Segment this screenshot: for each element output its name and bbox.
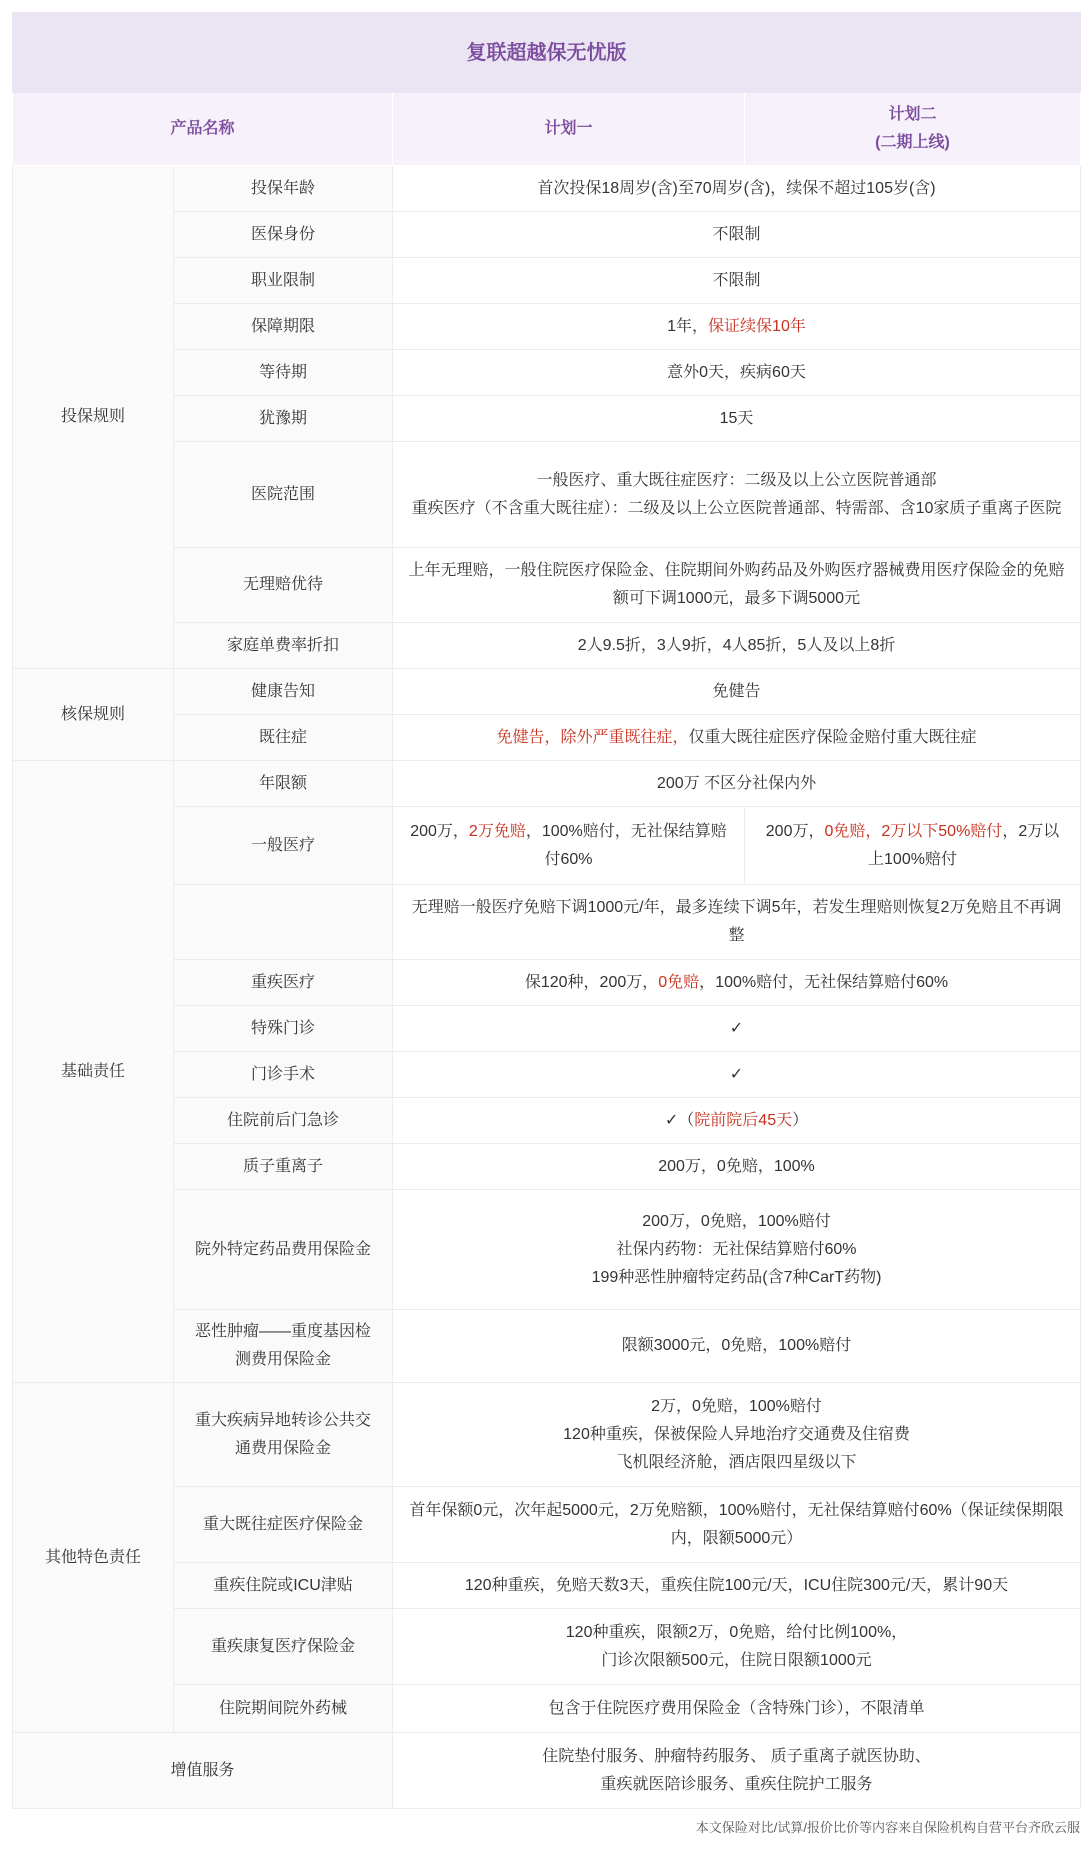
value-text: 上年无理赔，一般住院医疗保险金、住院期间外购药品及外购医疗器械费用医疗保险金的免… — [408, 562, 1064, 607]
table-row: 家庭单费率折扣 2人9.5折，3人9折，4人85折，5人及以上8折 — [13, 623, 1081, 669]
value-line: 120种重疾，限额2万，0免赔，给付比例100%， — [407, 1619, 1066, 1647]
table-row: 重疾医疗 保120种，200万，0免赔，100%赔付，无社保结算赔付60% — [13, 960, 1081, 1006]
row-value-cell: 200万 不区分社保内外 — [393, 761, 1081, 807]
row-label-cell: 住院前后门急诊 — [174, 1098, 393, 1144]
value-text: 意外0天，疾病60天 — [667, 364, 806, 381]
table-row: 一般医疗 200万，2万免赔，100%赔付，无社保结算赔付60% 200万，0免… — [13, 807, 1081, 885]
row-label: 医保身份 — [251, 226, 315, 243]
row-label: 重大既往症医疗保险金 — [203, 1516, 363, 1533]
row-label-cell: 职业限制 — [174, 258, 393, 304]
header-product-name: 产品名称 — [13, 93, 393, 166]
row-value-cell: 2人9.5折，3人9折，4人85折，5人及以上8折 — [393, 623, 1081, 669]
table-row: 重大既往症医疗保险金 首年保额0元，次年起5000元，2万免赔额，100%赔付，… — [13, 1487, 1081, 1563]
row-label: 等待期 — [259, 364, 307, 381]
value-text: ，100%赔付，无社保结算赔付60% — [526, 823, 727, 868]
group-cell-insure-rules: 投保规则 — [13, 166, 174, 669]
value-line: 重疾就医陪诊服务、重疾住院护工服务 — [407, 1771, 1066, 1799]
table-row: 住院期间院外药械 包含于住院医疗费用保险金（含特殊门诊），不限清单 — [13, 1685, 1081, 1733]
value-text: 无理赔一般医疗免赔下调1000元/年，最多连续下调5年，若发生理赔则恢复2万免赔… — [412, 899, 1062, 944]
value-text-red: 0免赔 — [658, 974, 699, 991]
row-label-cell: 医保身份 — [174, 212, 393, 258]
value-text: ，100%赔付，无社保结算赔付60% — [699, 974, 948, 991]
value-text: 首次投保18周岁(含)至70周岁(含)，续保不超过105岁(含) — [537, 180, 935, 197]
header-plan1: 计划一 — [393, 93, 745, 166]
row-label: 年限额 — [259, 775, 307, 792]
value-text-red: 免健告，除外严重既往症， — [496, 729, 688, 746]
row-label: 职业限制 — [251, 272, 315, 289]
header-product-text: 产品名称 — [170, 120, 234, 137]
row-value-cell: 住院垫付服务、肿瘤特药服务、 质子重离子就医协助、 重疾就医陪诊服务、重疾住院护… — [393, 1733, 1081, 1809]
plan2-value-cell: 200万，0免赔，2万以下50%赔付，2万以上100%赔付 — [745, 807, 1081, 885]
row-label: 重疾医疗 — [251, 974, 315, 991]
product-comparison-table: 复联超越保无忧版 产品名称 计划一 计划二 (二期上线) 投保规则 投保年龄 首… — [12, 12, 1081, 1809]
source-disclaimer: 本文保险对比/试算/报价比价等内容来自保险机构自营平台齐欣云服 — [12, 1819, 1080, 1851]
table-row: 重疾康复医疗保险金 120种重疾，限额2万，0免赔，给付比例100%， 门诊次限… — [13, 1609, 1081, 1685]
value-line: 一般医疗、重大既往症医疗：二级及以上公立医院普通部 — [407, 467, 1066, 495]
row-label-cell: 重疾医疗 — [174, 960, 393, 1006]
row-label-cell: 质子重离子 — [174, 1144, 393, 1190]
value-line: 2万，0免赔，100%赔付 — [407, 1393, 1066, 1421]
table-row: 核保规则 健康告知 免健告 — [13, 669, 1081, 715]
value-text: 首年保额0元，次年起5000元，2万免赔额，100%赔付，无社保结算赔付60%（… — [409, 1502, 1063, 1547]
group-cell-other-features: 其他特色责任 — [13, 1383, 174, 1733]
value-text: ✓（ — [665, 1112, 694, 1129]
row-label: 投保年龄 — [251, 180, 315, 197]
row-label: 保障期限 — [251, 318, 315, 335]
table-row: 既往症 免健告，除外严重既往症，仅重大既往症医疗保险金赔付重大既往症 — [13, 715, 1081, 761]
row-label-cell: 医院范围 — [174, 442, 393, 548]
value-text: 200万，0免赔，100% — [658, 1158, 815, 1175]
row-value-cell: 首年保额0元，次年起5000元，2万免赔额，100%赔付，无社保结算赔付60%（… — [393, 1487, 1081, 1563]
value-text: 200万 不区分社保内外 — [657, 775, 816, 792]
value-text: ） — [792, 1112, 808, 1129]
row-label-cell: 重大既往症医疗保险金 — [174, 1487, 393, 1563]
value-text: 包含于住院医疗费用保险金（含特殊门诊），不限清单 — [548, 1700, 924, 1717]
group-label: 其他特色责任 — [45, 1549, 141, 1566]
row-value-cell: 15天 — [393, 396, 1081, 442]
title-row: 复联超越保无忧版 — [13, 13, 1081, 93]
value-line: 120种重疾，保被保险人异地治疗交通费及住宿费 — [407, 1421, 1066, 1449]
value-text: 不限制 — [712, 226, 760, 243]
table-row: 无理赔优待 上年无理赔，一般住院医疗保险金、住院期间外购药品及外购医疗器械费用医… — [13, 548, 1081, 623]
value-text-red: 2万免赔 — [469, 823, 526, 840]
row-value-cell: ✓（院前院后45天） — [393, 1098, 1081, 1144]
row-value-cell: 1年，保证续保10年 — [393, 304, 1081, 350]
row-value-cell: 包含于住院医疗费用保险金（含特殊门诊），不限清单 — [393, 1685, 1081, 1733]
row-label: 门诊手术 — [251, 1066, 315, 1083]
source-disclaimer-text: 本文保险对比/试算/报价比价等内容来自保险机构自营平台齐欣云服 — [696, 1820, 1080, 1835]
table-row: 无理赔一般医疗免赔下调1000元/年，最多连续下调5年，若发生理赔则恢复2万免赔… — [13, 885, 1081, 960]
group-label: 核保规则 — [61, 706, 125, 723]
value-added-services-label-cell: 增值服务 — [13, 1733, 393, 1809]
row-value-cell: 200万，0免赔，100%赔付 社保内药物：无社保结算赔付60% 199种恶性肿… — [393, 1190, 1081, 1310]
value-text: 限额3000元，0免赔，100%赔付 — [622, 1337, 851, 1354]
row-value-cell: 意外0天，疾病60天 — [393, 350, 1081, 396]
table-row: 重疾住院或ICU津贴 120种重疾，免赔天数3天，重疾住院100元/天，ICU住… — [13, 1563, 1081, 1609]
row-value-cell: 保120种，200万，0免赔，100%赔付，无社保结算赔付60% — [393, 960, 1081, 1006]
value-text: 免健告 — [712, 683, 760, 700]
row-label: 重大疾病异地转诊公共交通费用保险金 — [195, 1412, 371, 1457]
row-label-cell: 院外特定药品费用保险金 — [174, 1190, 393, 1310]
row-label-cell: 特殊门诊 — [174, 1006, 393, 1052]
row-label: 重疾康复医疗保险金 — [211, 1638, 355, 1655]
row-value-cell: 免健告 — [393, 669, 1081, 715]
value-line: 重疾医疗（不含重大既往症）：二级及以上公立医院普通部、特需部、含10家质子重离子… — [407, 495, 1066, 523]
value-text: 120种重疾，免赔天数3天，重疾住院100元/天，ICU住院300元/天，累计9… — [465, 1577, 1008, 1594]
row-label: 住院前后门急诊 — [227, 1112, 339, 1129]
product-title-text: 复联超越保无忧版 — [467, 42, 627, 64]
row-label-cell: 健康告知 — [174, 669, 393, 715]
table-row: 恶性肿瘤——重度基因检测费用保险金 限额3000元，0免赔，100%赔付 — [13, 1310, 1081, 1383]
value-line: 飞机限经济舱，酒店限四星级以下 — [407, 1449, 1066, 1477]
table-row: 等待期 意外0天，疾病60天 — [13, 350, 1081, 396]
row-value-cell: ✓ — [393, 1052, 1081, 1098]
value-line: 门诊次限额500元，住院日限额1000元 — [407, 1647, 1066, 1675]
plan1-value-cell: 200万，2万免赔，100%赔付，无社保结算赔付60% — [393, 807, 745, 885]
value-line: 199种恶性肿瘤特定药品(含7种CarT药物) — [407, 1264, 1066, 1292]
group-label: 基础责任 — [61, 1063, 125, 1080]
group-cell-underwriting-rules: 核保规则 — [13, 669, 174, 761]
row-label: 健康告知 — [251, 683, 315, 700]
table-row: 犹豫期 15天 — [13, 396, 1081, 442]
table-row: 医院范围 一般医疗、重大既往症医疗：二级及以上公立医院普通部 重疾医疗（不含重大… — [13, 442, 1081, 548]
row-label: 家庭单费率折扣 — [227, 637, 339, 654]
row-label: 质子重离子 — [243, 1158, 323, 1175]
row-value-cell: 无理赔一般医疗免赔下调1000元/年，最多连续下调5年，若发生理赔则恢复2万免赔… — [393, 885, 1081, 960]
row-value-cell: 120种重疾，限额2万，0免赔，给付比例100%， 门诊次限额500元，住院日限… — [393, 1609, 1081, 1685]
checkmark-icon: ✓ — [730, 1020, 743, 1037]
table-row: 基础责任 年限额 200万 不区分社保内外 — [13, 761, 1081, 807]
row-value-cell: 200万，0免赔，100% — [393, 1144, 1081, 1190]
value-text: 不限制 — [712, 272, 760, 289]
row-label-cell: 年限额 — [174, 761, 393, 807]
table-row: 院外特定药品费用保险金 200万，0免赔，100%赔付 社保内药物：无社保结算赔… — [13, 1190, 1081, 1310]
row-label-cell-empty — [174, 885, 393, 960]
value-line: 200万，0免赔，100%赔付 — [407, 1208, 1066, 1236]
row-label-cell: 投保年龄 — [174, 166, 393, 212]
row-label-cell: 一般医疗 — [174, 807, 393, 885]
row-value-cell: 不限制 — [393, 212, 1081, 258]
table-row: 其他特色责任 重大疾病异地转诊公共交通费用保险金 2万，0免赔，100%赔付 1… — [13, 1383, 1081, 1487]
table-row: 投保规则 投保年龄 首次投保18周岁(含)至70周岁(含)，续保不超过105岁(… — [13, 166, 1081, 212]
row-label-cell: 既往症 — [174, 715, 393, 761]
value-text: 保120种，200万， — [525, 974, 658, 991]
header-plan2-line1: 计划二 — [759, 101, 1066, 129]
row-value-cell: 首次投保18周岁(含)至70周岁(含)，续保不超过105岁(含) — [393, 166, 1081, 212]
row-label: 增值服务 — [170, 1762, 234, 1779]
table-row: 保障期限 1年，保证续保10年 — [13, 304, 1081, 350]
value-text-red: 院前院后45天 — [694, 1112, 792, 1129]
row-label: 住院期间院外药械 — [219, 1700, 347, 1717]
row-value-cell: 一般医疗、重大既往症医疗：二级及以上公立医院普通部 重疾医疗（不含重大既往症）：… — [393, 442, 1081, 548]
row-value-cell: ✓ — [393, 1006, 1081, 1052]
row-label: 医院范围 — [251, 486, 315, 503]
row-label: 院外特定药品费用保险金 — [195, 1241, 371, 1258]
value-line: 住院垫付服务、肿瘤特药服务、 质子重离子就医协助、 — [407, 1743, 1066, 1771]
row-value-cell: 免健告，除外严重既往症，仅重大既往症医疗保险金赔付重大既往症 — [393, 715, 1081, 761]
row-label: 重疾住院或ICU津贴 — [213, 1577, 353, 1594]
row-label-cell: 保障期限 — [174, 304, 393, 350]
row-value-cell: 120种重疾，免赔天数3天，重疾住院100元/天，ICU住院300元/天，累计9… — [393, 1563, 1081, 1609]
header-plan2: 计划二 (二期上线) — [745, 93, 1081, 166]
value-line: 社保内药物：无社保结算赔付60% — [407, 1236, 1066, 1264]
row-label: 犹豫期 — [259, 410, 307, 427]
row-label-cell: 门诊手术 — [174, 1052, 393, 1098]
row-value-cell: 2万，0免赔，100%赔付 120种重疾，保被保险人异地治疗交通费及住宿费 飞机… — [393, 1383, 1081, 1487]
row-value-cell: 限额3000元，0免赔，100%赔付 — [393, 1310, 1081, 1383]
row-label-cell: 重大疾病异地转诊公共交通费用保险金 — [174, 1383, 393, 1487]
row-label-cell: 重疾住院或ICU津贴 — [174, 1563, 393, 1609]
row-label-cell: 住院期间院外药械 — [174, 1685, 393, 1733]
row-label: 特殊门诊 — [251, 1020, 315, 1037]
row-label: 恶性肿瘤——重度基因检测费用保险金 — [195, 1323, 371, 1368]
group-cell-basic-liability: 基础责任 — [13, 761, 174, 1383]
row-label-cell: 重疾康复医疗保险金 — [174, 1609, 393, 1685]
row-label-cell: 恶性肿瘤——重度基因检测费用保险金 — [174, 1310, 393, 1383]
table-row: 门诊手术 ✓ — [13, 1052, 1081, 1098]
value-text: 200万， — [410, 823, 469, 840]
table-row: 质子重离子 200万，0免赔，100% — [13, 1144, 1081, 1190]
row-label: 既往症 — [259, 729, 307, 746]
value-text-red: 0免赔，2万以下50%赔付 — [824, 823, 1002, 840]
row-value-cell: 不限制 — [393, 258, 1081, 304]
row-label: 一般医疗 — [251, 837, 315, 854]
table-wrapper: 复联超越保无忧版 产品名称 计划一 计划二 (二期上线) 投保规则 投保年龄 首… — [0, 0, 1092, 1809]
checkmark-icon: ✓ — [730, 1066, 743, 1083]
table-row: 特殊门诊 ✓ — [13, 1006, 1081, 1052]
row-label-cell: 等待期 — [174, 350, 393, 396]
product-title: 复联超越保无忧版 — [13, 13, 1081, 93]
column-header-row: 产品名称 计划一 计划二 (二期上线) — [13, 93, 1081, 166]
value-text: 2人9.5折，3人9折，4人85折，5人及以上8折 — [578, 637, 895, 654]
value-text: 15天 — [720, 410, 754, 427]
value-text-red: 保证续保10年 — [708, 318, 806, 335]
table-row: 职业限制 不限制 — [13, 258, 1081, 304]
value-text: 200万， — [766, 823, 825, 840]
insurance-comparison-page: { "title": "复联超越保无忧版", "colors": { "acce… — [0, 0, 1092, 1851]
table-row: 医保身份 不限制 — [13, 212, 1081, 258]
value-text: 仅重大既往症医疗保险金赔付重大既往症 — [689, 729, 977, 746]
header-plan2-line2: (二期上线) — [759, 129, 1066, 157]
table-row: 住院前后门急诊 ✓（院前院后45天） — [13, 1098, 1081, 1144]
table-row: 增值服务 住院垫付服务、肿瘤特药服务、 质子重离子就医协助、 重疾就医陪诊服务、… — [13, 1733, 1081, 1809]
row-label-cell: 家庭单费率折扣 — [174, 623, 393, 669]
header-plan1-text: 计划一 — [544, 120, 592, 137]
row-label-cell: 无理赔优待 — [174, 548, 393, 623]
row-label: 无理赔优待 — [243, 576, 323, 593]
row-value-cell: 上年无理赔，一般住院医疗保险金、住院期间外购药品及外购医疗器械费用医疗保险金的免… — [393, 548, 1081, 623]
value-text: 1年， — [667, 318, 708, 335]
row-label-cell: 犹豫期 — [174, 396, 393, 442]
group-label: 投保规则 — [61, 408, 125, 425]
